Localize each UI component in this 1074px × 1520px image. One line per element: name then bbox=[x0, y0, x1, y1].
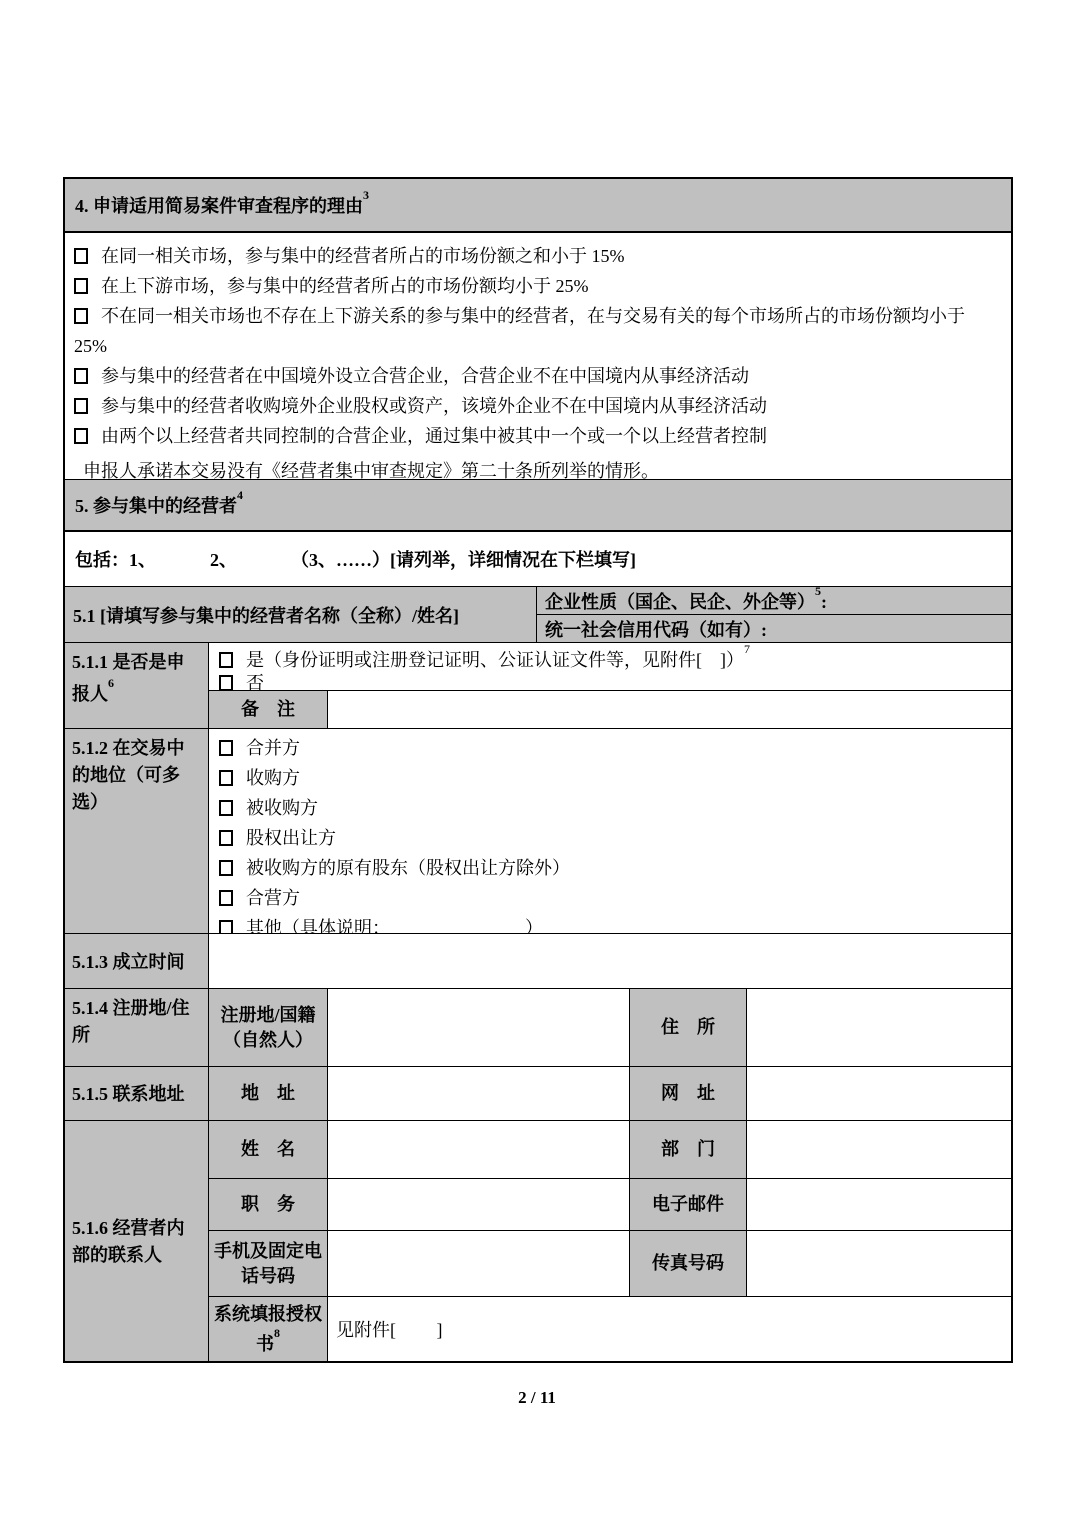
section4-reasons: 在同一相关市场，参与集中的经营者所占的市场份额之和小于 15% 在上下游市场，参… bbox=[65, 233, 1011, 479]
footnote-ref-7: 7 bbox=[744, 642, 750, 656]
include-row: 包括：1、 2、 （3、……）[请列举，详细情况在下栏填写] bbox=[65, 532, 1011, 587]
website-label: 网 址 bbox=[630, 1067, 747, 1120]
reason-item: 在同一相关市场，参与集中的经营者所占的市场份额之和小于 15% bbox=[74, 241, 974, 271]
fax-label: 传真号码 bbox=[630, 1231, 747, 1296]
checkbox-icon bbox=[74, 368, 88, 384]
department-label: 部 门 bbox=[630, 1121, 747, 1178]
option-no-text: 否 bbox=[246, 673, 264, 693]
row-5-1-1: 5.1.1 是否是申报人6 是（身份证明或注册登记证明、公证认证文件等，见附件[… bbox=[65, 643, 1011, 729]
reason-text: 参与集中的经营者收购境外企业股权或资产，该境外企业不在中国境内从事经济活动 bbox=[101, 396, 767, 416]
registered-nationality-value bbox=[328, 989, 630, 1066]
contact-address-label: 5.1.5 联系地址 bbox=[65, 1067, 209, 1120]
checkbox-icon bbox=[219, 830, 233, 846]
checkbox-icon bbox=[219, 800, 233, 816]
footnote-ref-3: 3 bbox=[363, 188, 369, 202]
contact-title-row: 职 务 电子邮件 bbox=[209, 1179, 1011, 1231]
role-text: 股权出让方 bbox=[246, 828, 336, 848]
contact-name-label: 姓 名 bbox=[209, 1121, 328, 1178]
phone-label: 手机及固定电话号码 bbox=[209, 1231, 328, 1296]
declaration-note: 申报人承诺本交易没有《经营者集中审查规定》第二十条所列举的情形。 bbox=[74, 456, 1001, 479]
role-option: 合营方 bbox=[219, 883, 1003, 913]
reason-item: 在上下游市场，参与集中的经营者所占的市场份额均小于 25% bbox=[74, 271, 974, 301]
footnote-ref-5: 5 bbox=[815, 584, 821, 598]
form-table: 4. 申请适用简易案件审查程序的理由3 在同一相关市场，参与集中的经营者所占的市… bbox=[63, 177, 1013, 1363]
role-text: 被收购方的原有股东（股权出让方除外） bbox=[246, 858, 570, 878]
checkbox-icon bbox=[219, 860, 233, 876]
establish-date-label: 5.1.3 成立时间 bbox=[65, 934, 209, 988]
option-yes-text: 是（身份证明或注册登记证明、公证认证文件等，见附件[ ]）7 bbox=[246, 650, 750, 670]
email-label: 电子邮件 bbox=[630, 1179, 747, 1230]
position-label: 职 务 bbox=[209, 1179, 328, 1230]
checkbox-icon bbox=[74, 398, 88, 414]
checkbox-icon bbox=[219, 770, 233, 786]
role-text: 合并方 bbox=[246, 738, 300, 758]
checkbox-icon bbox=[74, 308, 88, 324]
role-text: 收购方 bbox=[246, 768, 300, 788]
reason-item: 由两个以上经营者共同控制的合营企业，通过集中被其中一个或一个以上经营者控制 bbox=[74, 421, 974, 451]
row-5-1-6: 5.1.6 经营者内部的联系人 姓 名 部 门 职 务 电子邮件 手机及固定电话… bbox=[65, 1121, 1011, 1361]
role-text: 合营方 bbox=[246, 888, 300, 908]
checkbox-icon bbox=[74, 248, 88, 264]
residence-value bbox=[747, 989, 1011, 1066]
reason-text: 在上下游市场，参与集中的经营者所占的市场份额均小于 25% bbox=[101, 276, 589, 296]
include-text: 包括：1、 2、 （3、……）[请列举，详细情况在下栏填写] bbox=[75, 546, 636, 572]
role-option: 股权出让方 bbox=[219, 823, 1003, 853]
row-5-1-2: 5.1.2 在交易中的地位（可多选） 合并方 收购方 被收购方 股权出让方 被收… bbox=[65, 729, 1011, 934]
row-5-1: 5.1 [请填写参与集中的经营者名称（全称）/姓名] 企业性质（国企、民企、外企… bbox=[65, 587, 1011, 643]
email-value bbox=[747, 1179, 1011, 1230]
phone-value bbox=[328, 1231, 630, 1296]
reason-text: 参与集中的经营者在中国境外设立合营企业，合营企业不在中国境内从事经济活动 bbox=[101, 366, 749, 386]
checkbox-icon bbox=[74, 428, 88, 444]
is-applicant-checkboxes: 是（身份证明或注册登记证明、公证认证文件等，见附件[ ]）7 否 bbox=[209, 643, 1011, 691]
role-option: 合并方 bbox=[219, 733, 1003, 763]
registered-place-label: 5.1.4 注册地/住所 bbox=[65, 989, 209, 1066]
section5-title: 5. 参与集中的经营者4 bbox=[75, 492, 243, 518]
checkbox-icon bbox=[74, 278, 88, 294]
credit-code-label: 统一社会信用代码（如有）: bbox=[545, 616, 767, 642]
internal-contact-fields: 姓 名 部 门 职 务 电子邮件 手机及固定电话号码 传真号码 系统填报授权书8 bbox=[209, 1121, 1011, 1361]
section4-header: 4. 申请适用简易案件审查程序的理由3 bbox=[65, 179, 1011, 233]
checkbox-icon bbox=[219, 675, 233, 691]
reason-text: 在同一相关市场，参与集中的经营者所占的市场份额之和小于 15% bbox=[101, 246, 625, 266]
address-label: 地 址 bbox=[209, 1067, 328, 1120]
authorization-label: 系统填报授权书8 bbox=[209, 1297, 328, 1361]
transaction-role-options: 合并方 收购方 被收购方 股权出让方 被收购方的原有股东（股权出让方除外） 合营… bbox=[209, 729, 1011, 933]
reason-item: 不在同一相关市场也不存在上下游关系的参与集中的经营者，在与交易有关的每个市场所占… bbox=[74, 301, 974, 361]
enterprise-nature-label: 企业性质（国企、民企、外企等）5: bbox=[545, 588, 827, 614]
reason-item: 参与集中的经营者收购境外企业股权或资产，该境外企业不在中国境内从事经济活动 bbox=[74, 391, 974, 421]
reason-text: 不在同一相关市场也不存在上下游关系的参与集中的经营者，在与交易有关的每个市场所占… bbox=[74, 306, 965, 356]
role-text: 被收购方 bbox=[246, 798, 318, 818]
fax-value bbox=[747, 1231, 1011, 1296]
row-5-1-3: 5.1.3 成立时间 bbox=[65, 934, 1011, 989]
credit-code-field: 统一社会信用代码（如有）: bbox=[537, 615, 1011, 642]
reason-text: 由两个以上经营者共同控制的合营企业，通过集中被其中一个或一个以上经营者控制 bbox=[101, 426, 767, 446]
is-applicant-label: 5.1.1 是否是申报人6 bbox=[65, 643, 209, 728]
is-applicant-options: 是（身份证明或注册登记证明、公证认证文件等，见附件[ ]）7 否 备 注 bbox=[209, 643, 1011, 728]
establish-date-value bbox=[209, 934, 1011, 988]
contact-phone-row: 手机及固定电话号码 传真号码 bbox=[209, 1231, 1011, 1297]
contact-name-row: 姓 名 部 门 bbox=[209, 1121, 1011, 1179]
transaction-role-label: 5.1.2 在交易中的地位（可多选） bbox=[65, 729, 209, 933]
row-5-1-right: 企业性质（国企、民企、外企等）5: 统一社会信用代码（如有）: bbox=[537, 587, 1011, 642]
department-value bbox=[747, 1121, 1011, 1178]
role-option: 被收购方 bbox=[219, 793, 1003, 823]
footnote-ref-8: 8 bbox=[274, 1326, 280, 1340]
option-yes: 是（身份证明或注册登记证明、公证认证文件等，见附件[ ]）7 bbox=[219, 644, 1003, 672]
checkbox-icon bbox=[219, 740, 233, 756]
website-value bbox=[747, 1067, 1011, 1120]
remark-label: 备 注 bbox=[209, 691, 328, 728]
row-5-1-5: 5.1.5 联系地址 地 址 网 址 bbox=[65, 1067, 1011, 1121]
residence-label: 住 所 bbox=[630, 989, 747, 1066]
enterprise-nature-field: 企业性质（国企、民企、外企等）5: bbox=[537, 587, 1011, 615]
role-option: 被收购方的原有股东（股权出让方除外） bbox=[219, 853, 1003, 883]
position-value bbox=[328, 1179, 630, 1230]
role-option: 收购方 bbox=[219, 763, 1003, 793]
footnote-ref-6: 6 bbox=[108, 676, 114, 690]
internal-contact-label: 5.1.6 经营者内部的联系人 bbox=[65, 1121, 209, 1361]
checkbox-icon bbox=[219, 890, 233, 906]
section4-title: 4. 申请适用简易案件审查程序的理由3 bbox=[75, 192, 369, 218]
page-number: 2 / 11 bbox=[0, 1388, 1074, 1408]
address-value bbox=[328, 1067, 630, 1120]
remark-row: 备 注 bbox=[209, 691, 1011, 728]
operator-name-label: 5.1 [请填写参与集中的经营者名称（全称）/姓名] bbox=[65, 587, 537, 642]
authorization-row: 系统填报授权书8 见附件[ ] bbox=[209, 1297, 1011, 1361]
section5-header: 5. 参与集中的经营者4 bbox=[65, 479, 1011, 532]
footnote-ref-4: 4 bbox=[237, 488, 243, 502]
checkbox-icon bbox=[219, 652, 233, 668]
row-5-1-4: 5.1.4 注册地/住所 注册地/国籍（自然人） 住 所 bbox=[65, 989, 1011, 1067]
contact-name-value bbox=[328, 1121, 630, 1178]
authorization-value: 见附件[ ] bbox=[328, 1297, 1011, 1361]
remark-value bbox=[328, 691, 1011, 728]
registered-nationality-label: 注册地/国籍（自然人） bbox=[209, 989, 328, 1066]
reason-item: 参与集中的经营者在中国境外设立合营企业，合营企业不在中国境内从事经济活动 bbox=[74, 361, 974, 391]
